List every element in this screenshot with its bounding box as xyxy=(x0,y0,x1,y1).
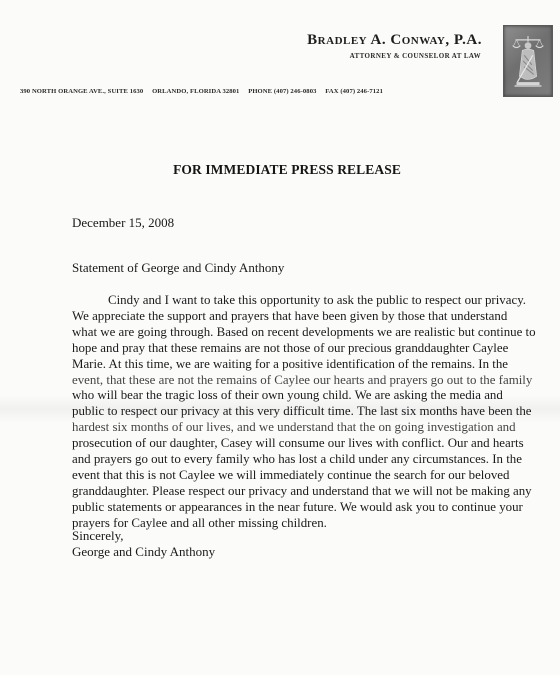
statement-body: Cindy and I want to take this opportunit… xyxy=(72,293,512,532)
body-line: public to respect our privacy at this ve… xyxy=(72,404,512,420)
body-line: We appreciate the support and prayers th… xyxy=(72,309,512,325)
body-line: Cindy and I want to take this opportunit… xyxy=(72,293,512,309)
firm-subtitle: ATTORNEY & COUNSELOR AT LAW xyxy=(350,52,481,60)
letterhead-address: 390 NORTH ORANGE AVE., SUITE 1630 ORLAND… xyxy=(20,88,390,95)
body-line: hardest six months of our lives, and we … xyxy=(72,420,512,436)
letter-page: Bradley A. Conway, P.A. ATTORNEY & COUNS… xyxy=(0,0,560,675)
statement-title: Statement of George and Cindy Anthony xyxy=(72,260,284,276)
body-line: what we are going through. Based on rece… xyxy=(72,325,512,341)
body-line: event, that these are not the remains of… xyxy=(72,373,512,389)
address-phone: PHONE (407) 246-0803 xyxy=(248,88,316,95)
address-city: ORLANDO, FLORIDA 32801 xyxy=(152,88,239,95)
letter-closing: Sincerely, George and Cindy Anthony xyxy=(72,528,215,560)
body-line: granddaughter. Please respect our privac… xyxy=(72,484,512,500)
body-line: public statements or appearances in the … xyxy=(72,500,512,516)
closing-salutation: Sincerely, xyxy=(72,528,215,544)
body-line: hope and pray that these remains are not… xyxy=(72,341,512,357)
body-line: Marie. At this time, we are waiting for … xyxy=(72,357,512,373)
firm-name: Bradley A. Conway, P.A. xyxy=(307,32,482,49)
body-line: event that this is not Caylee we will im… xyxy=(72,468,512,484)
address-fax: FAX (407) 246-7121 xyxy=(325,88,383,95)
body-line: prosecution of our daughter, Casey will … xyxy=(72,436,512,452)
justice-statue-plaque-icon xyxy=(503,25,553,97)
address-street: 390 NORTH ORANGE AVE., SUITE 1630 xyxy=(20,88,143,95)
body-line: who will bear the tragic loss of their o… xyxy=(72,388,512,404)
letter-date: December 15, 2008 xyxy=(72,215,174,231)
body-line: and prayers go out to every family who h… xyxy=(72,452,512,468)
press-release-heading: FOR IMMEDIATE PRESS RELEASE xyxy=(0,162,560,178)
signature: George and Cindy Anthony xyxy=(72,544,215,560)
